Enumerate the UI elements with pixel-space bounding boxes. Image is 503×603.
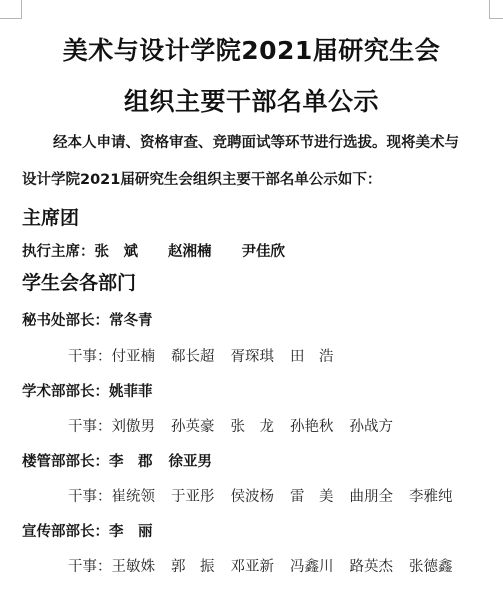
department-head-row-academic: 学术部部长：姚菲菲 [22,380,153,401]
staff-name: 冯鑫川 [290,555,334,576]
staff-name: 崔统领 [112,485,156,506]
page-corner-mark-left [0,0,22,19]
department-head-row-publicity: 宣传部部长：李 丽 [22,520,153,541]
department-head-row-dormitory: 楼管部部长：李 郡徐亚男 [22,450,212,471]
department-staff-row-publicity: 干事：王敏姝郭 振邓亚新冯鑫川路英杰张德鑫 [68,555,453,576]
staff-name: 雷 美 [290,485,334,506]
department-head-name: 徐亚男 [169,450,213,471]
staff-name: 曲朋全 [350,485,394,506]
document-title-line-2: 组织主要干部名单公示 [0,82,503,118]
document-title-line-1: 美术与设计学院2021届研究生会 [0,31,503,67]
department-head-label: 秘书处部长： [22,309,109,330]
intro-paragraph-line-2: 设计学院2021届研究生会组织主要干部名单公示如下： [22,168,381,189]
staff-name: 孙战方 [350,415,394,436]
department-head-name: 李 郡 [109,450,153,471]
section-heading-presidium: 主席团 [22,203,79,230]
staff-name: 孙艳秋 [290,415,334,436]
staff-name: 郭 振 [171,555,215,576]
presidium-row: 执行主席：张 斌赵湘楠尹佳欣 [22,240,285,261]
staff-label: 干事： [68,415,112,436]
staff-label: 干事： [68,555,112,576]
department-head-label: 楼管部部长： [22,450,109,471]
staff-label: 干事： [68,485,112,506]
staff-name: 李雅纯 [409,485,453,506]
staff-name: 张 龙 [231,415,275,436]
staff-label: 干事： [68,345,112,366]
staff-name: 田 浩 [290,345,334,366]
department-staff-row-secretariat: 干事：付亚楠郗长超胥琛琪田 浩 [68,345,334,366]
presidium-label: 执行主席： [22,240,95,261]
department-head-label: 宣传部部长： [22,520,109,541]
staff-name: 于亚彤 [171,485,215,506]
staff-name: 张德鑫 [409,555,453,576]
department-head-name: 姚菲菲 [109,380,153,401]
presidium-member: 赵湘楠 [168,240,212,261]
department-head-name: 常冬青 [109,309,153,330]
staff-name: 付亚楠 [112,345,156,366]
section-heading-departments: 学生会各部门 [22,268,136,295]
staff-name: 郗长超 [171,345,215,366]
department-staff-row-academic: 干事：刘傲男孙英豪张 龙孙艳秋孙战方 [68,415,393,436]
department-head-name: 李 丽 [109,520,153,541]
staff-name: 王敏姝 [112,555,156,576]
department-head-label: 学术部部长： [22,380,109,401]
department-staff-row-dormitory: 干事：崔统领于亚彤侯波杨雷 美曲朋全李雅纯 [68,485,453,506]
staff-name: 胥琛琪 [231,345,275,366]
staff-name: 邓亚新 [231,555,275,576]
presidium-member: 张 斌 [95,240,139,261]
staff-name: 刘傲男 [112,415,156,436]
presidium-member: 尹佳欣 [242,240,286,261]
staff-name: 路英杰 [350,555,394,576]
page-corner-mark-right [489,0,503,19]
staff-name: 侯波杨 [231,485,275,506]
staff-name: 孙英豪 [171,415,215,436]
department-head-row-secretariat: 秘书处部长：常冬青 [22,309,153,330]
intro-paragraph-line-1: 经本人申请、资格审查、竞聘面试等环节进行选拔。现将美术与 [53,131,459,152]
